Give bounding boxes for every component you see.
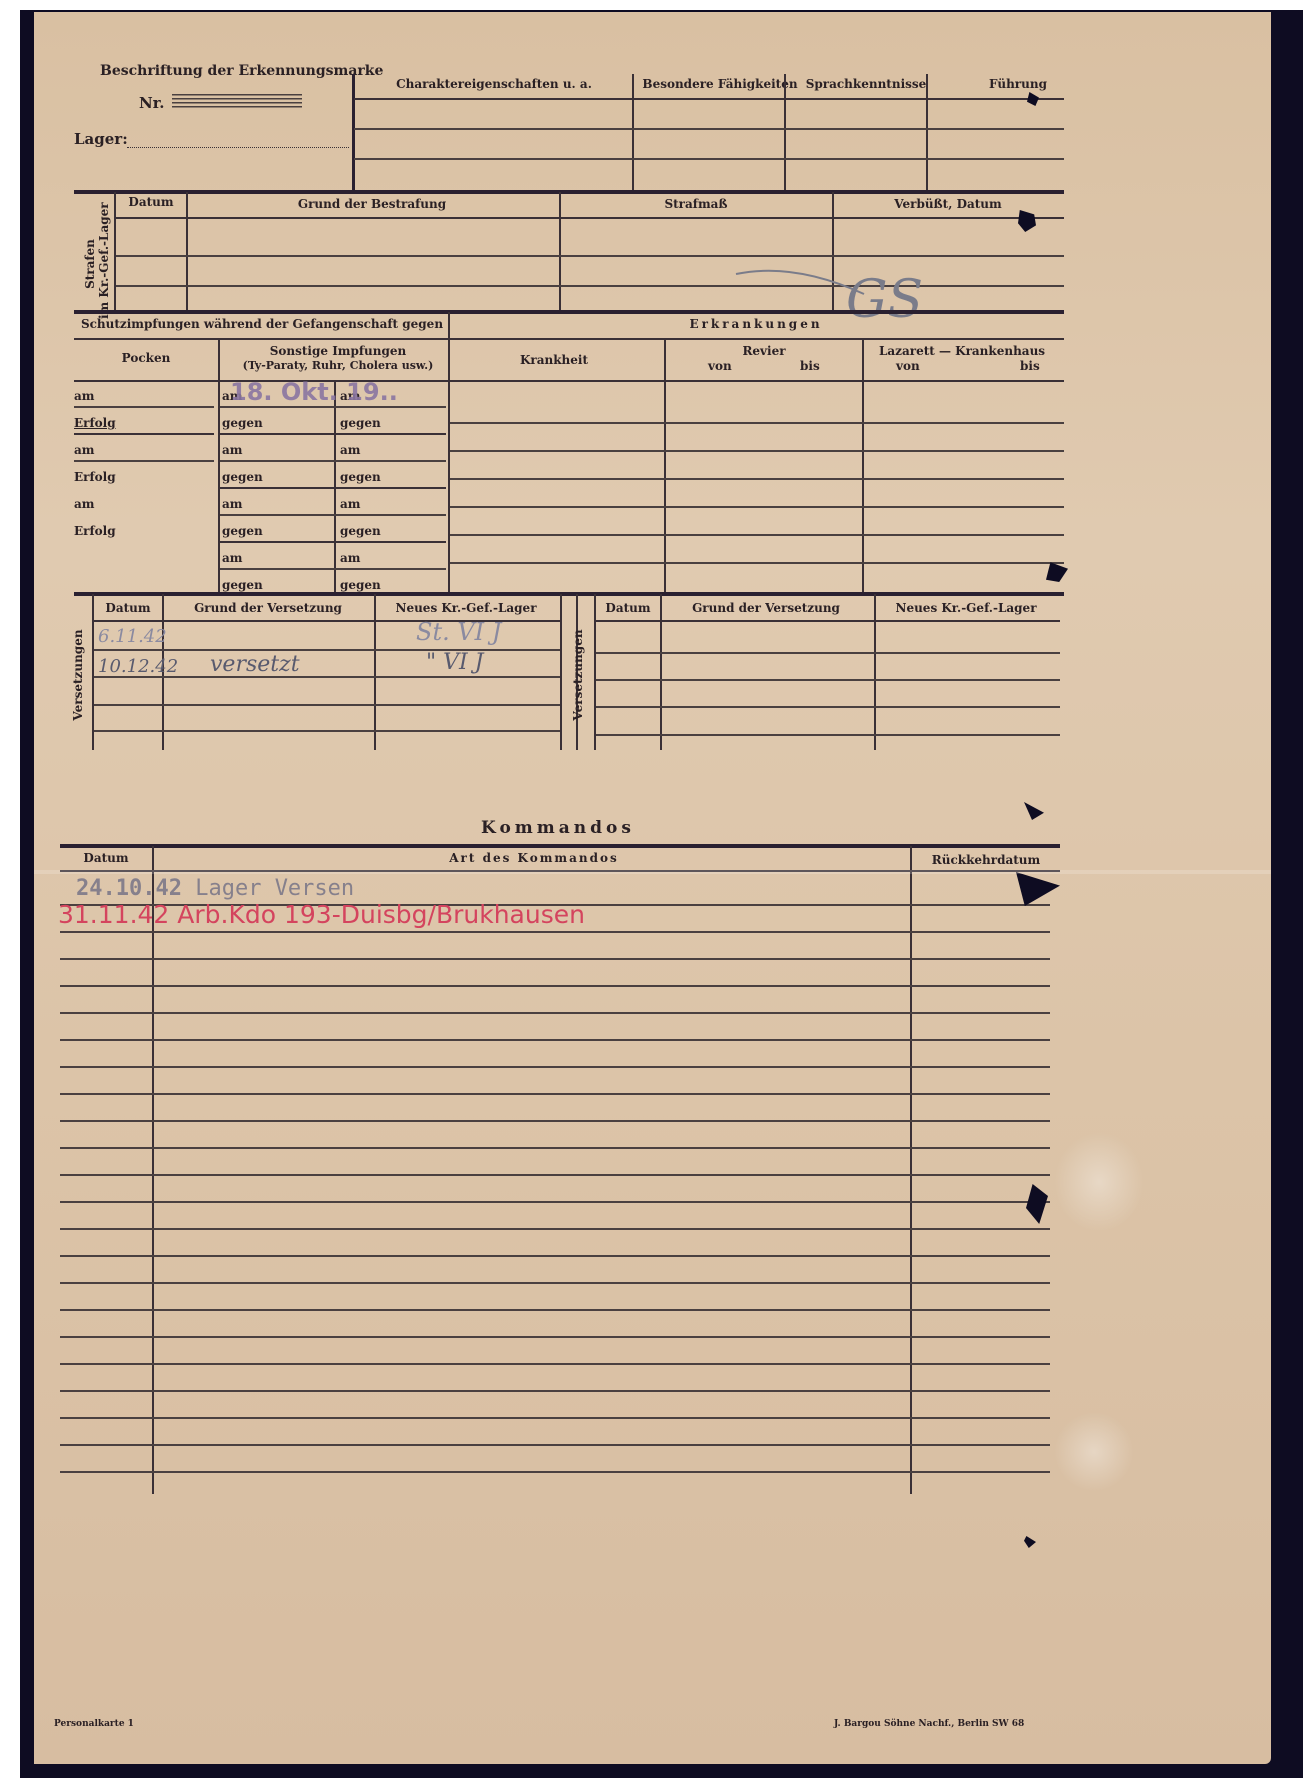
kommandos-header-date: Datum xyxy=(83,852,128,864)
divider xyxy=(910,846,912,1494)
revier-von: von xyxy=(708,360,732,372)
rule xyxy=(60,1363,1050,1365)
illness-header-revier: Revier xyxy=(742,345,785,357)
rule xyxy=(450,450,1064,452)
tear-hole xyxy=(1026,1184,1048,1224)
punishments-side-label-1: Strafen xyxy=(83,209,97,319)
punishments-header-sentence: Strafmaß xyxy=(664,198,727,210)
rule xyxy=(60,870,1060,872)
pencil-stroke xyxy=(734,264,874,304)
other-vacc-row: gegen xyxy=(222,471,263,483)
rule xyxy=(220,433,446,435)
kommando-entry-2-date: 31.11.42 xyxy=(58,900,169,929)
rule xyxy=(74,310,1064,314)
rule xyxy=(60,1201,1050,1203)
rule xyxy=(74,406,214,408)
transfers-side-label-left: Versetzungen xyxy=(71,625,85,725)
rule xyxy=(60,1471,1050,1473)
divider xyxy=(926,74,928,190)
divider xyxy=(594,594,596,750)
rule xyxy=(596,620,1060,622)
revier-bis: bis xyxy=(800,360,820,372)
pocken-row: Erfolg xyxy=(74,417,116,429)
rule xyxy=(60,1147,1050,1149)
rule xyxy=(60,1444,1050,1446)
other-vacc-row: am xyxy=(222,552,242,564)
divider xyxy=(352,74,355,190)
transfer-right-header-camp: Neues Kr.-Gef.-Lager xyxy=(895,602,1036,614)
rule xyxy=(220,487,446,489)
punishments-header-reason: Grund der Bestrafung xyxy=(298,198,446,210)
other-vacc-row: gegen xyxy=(222,579,263,591)
identity-heading: Beschriftung der Erkennungsmarke xyxy=(100,64,383,78)
transfer-right-header-reason: Grund der Versetzung xyxy=(692,602,840,614)
kommandos-header-type: Art des Kommandos xyxy=(449,852,619,864)
rule xyxy=(60,1255,1050,1257)
rule xyxy=(60,1390,1050,1392)
divider xyxy=(874,594,876,750)
transfer-header-date: Datum xyxy=(105,602,150,614)
rule xyxy=(450,506,1064,508)
other-vacc-row: gegen xyxy=(340,417,381,429)
rule xyxy=(60,1012,1050,1014)
paper-curl xyxy=(1054,1132,1144,1232)
rule xyxy=(60,1120,1050,1122)
rule xyxy=(74,338,1064,340)
divider xyxy=(559,192,561,310)
tear-hole xyxy=(1027,92,1039,106)
other-vacc-row: gegen xyxy=(340,579,381,591)
divider xyxy=(664,340,666,594)
rule xyxy=(60,1093,1050,1095)
transfer-right-header-date: Datum xyxy=(605,602,650,614)
rule xyxy=(220,406,446,408)
rule xyxy=(220,514,446,516)
traits-header-conduct: Führung xyxy=(989,78,1047,90)
vaccinations-heading: Schutzimpfungen während der Gefangenscha… xyxy=(81,318,443,330)
form-number: Personalkarte 1 xyxy=(54,1720,134,1729)
rule xyxy=(60,1336,1050,1338)
divider xyxy=(862,340,864,594)
rule xyxy=(60,1309,1050,1311)
rule xyxy=(60,1066,1050,1068)
rule xyxy=(60,1039,1050,1041)
rule xyxy=(74,433,214,435)
illness-header-lazarett: Lazarett — Krankenhaus xyxy=(879,345,1045,357)
illness-header-krankheit: Krankheit xyxy=(520,354,588,366)
rule xyxy=(94,730,560,732)
pocken-row: am xyxy=(74,444,94,456)
rule xyxy=(450,562,1064,564)
other-vacc-header-1: Sonstige Impfungen xyxy=(270,345,407,357)
transfer-row-1-date: 6.11.42 xyxy=(98,626,167,647)
pocken-row: am xyxy=(74,390,94,402)
nr-label: Nr. xyxy=(139,96,164,111)
divider xyxy=(660,594,662,750)
lazarett-bis: bis xyxy=(1020,360,1040,372)
rule xyxy=(74,460,214,462)
transfer-row-2-camp: " VI J xyxy=(426,650,484,675)
tear-hole xyxy=(1024,802,1044,820)
other-vacc-row: gegen xyxy=(222,417,263,429)
rule xyxy=(60,1228,1050,1230)
rule xyxy=(220,460,446,462)
transfer-row-2-reason: versetzt xyxy=(210,652,300,677)
divider xyxy=(152,846,154,1494)
kommandos-header-return: Rückkehrdatum xyxy=(932,854,1040,866)
kommando-entry-2-type: Arb.Kdo 193-Duisbg/Brukhausen xyxy=(177,900,585,929)
divider xyxy=(632,74,634,190)
other-vacc-row: am xyxy=(340,552,360,564)
kommando-entry-2: 31.11.42 Arb.Kdo 193-Duisbg/Brukhausen xyxy=(58,900,585,929)
other-vacc-row: am xyxy=(222,498,242,510)
rule xyxy=(596,734,1060,736)
divider xyxy=(784,74,786,190)
other-vacc-row: gegen xyxy=(340,471,381,483)
divider xyxy=(92,594,94,750)
pocken-row: Erfolg xyxy=(74,525,116,537)
divider xyxy=(560,594,562,750)
rule xyxy=(60,1282,1050,1284)
rule xyxy=(74,592,1064,596)
other-vacc-row: gegen xyxy=(340,525,381,537)
rule xyxy=(450,534,1064,536)
traits-header-character: Charaktereigenschaften u. a. xyxy=(396,78,592,90)
vaccination-date-stamp: 18. Okt. 19.. xyxy=(230,378,398,406)
rule xyxy=(60,985,1050,987)
rule xyxy=(596,706,1060,708)
rule xyxy=(60,931,1050,933)
punishments-side-label: Strafen im Kr.-Gef.-Lager xyxy=(83,209,111,319)
rule xyxy=(74,190,1064,194)
transfer-row-2-date: 10.12.42 xyxy=(98,656,178,677)
rule xyxy=(354,128,1064,130)
transfers-side-label-right: Versetzungen xyxy=(571,625,585,725)
divider xyxy=(448,312,450,594)
other-vacc-row: am xyxy=(340,444,360,456)
other-vacc-row: am xyxy=(340,498,360,510)
pocken-header: Pocken xyxy=(122,352,171,364)
rule xyxy=(596,652,1060,654)
transfer-header-camp: Neues Kr.-Gef.-Lager xyxy=(395,602,536,614)
lager-label: Lager: xyxy=(74,132,128,147)
lager-field-line xyxy=(127,147,349,148)
tear-hole xyxy=(1016,872,1060,906)
rule xyxy=(354,98,1064,100)
other-vacc-header-2: (Ty-Paraty, Ruhr, Cholera usw.) xyxy=(243,360,434,371)
transfer-header-reason: Grund der Versetzung xyxy=(194,602,342,614)
rule xyxy=(94,649,560,651)
illnesses-heading: Erkrankungen xyxy=(689,318,822,330)
divider xyxy=(186,192,188,310)
tear-hole xyxy=(1024,1536,1036,1548)
paper-curl xyxy=(1054,1412,1134,1492)
divider xyxy=(218,340,220,594)
nr-redacted-value xyxy=(172,94,302,110)
rule xyxy=(116,255,1064,257)
rule xyxy=(60,1174,1050,1176)
rule xyxy=(450,422,1064,424)
pocken-row: am xyxy=(74,498,94,510)
divider xyxy=(374,594,376,750)
punishments-header-served: Verbüßt, Datum xyxy=(894,198,1001,210)
punishments-header-date: Datum xyxy=(128,196,173,208)
rule xyxy=(354,158,1064,160)
rule xyxy=(60,958,1050,960)
traits-header-abilities: Besondere Fähigkeiten xyxy=(642,78,797,90)
traits-header-languages: Sprachkenntnisse xyxy=(806,78,927,90)
other-vacc-row: gegen xyxy=(222,525,263,537)
rule xyxy=(220,541,446,543)
rule xyxy=(596,679,1060,681)
rule xyxy=(450,478,1064,480)
divider xyxy=(114,192,116,310)
rule xyxy=(60,1417,1050,1419)
kommando-entry-1-type: Lager Versen xyxy=(195,876,354,901)
rule xyxy=(116,217,1064,219)
tear-hole xyxy=(1018,210,1036,232)
transfer-row-1-camp: St. VI J xyxy=(416,618,501,646)
kommando-entry-1: 24.10.42 Lager Versen xyxy=(76,876,354,901)
personnel-card: Beschriftung der Erkennungsmarke Nr. Lag… xyxy=(34,12,1271,1764)
rule xyxy=(74,380,1064,382)
punishments-side-label-2: im Kr.-Gef.-Lager xyxy=(97,209,111,319)
rule xyxy=(94,704,560,706)
other-vacc-row: am xyxy=(222,444,242,456)
kommandos-title: Kommandos xyxy=(481,820,635,837)
kommando-entry-1-date: 24.10.42 xyxy=(76,876,182,901)
rule xyxy=(220,568,446,570)
pocken-row: Erfolg xyxy=(74,471,116,483)
lazarett-von: von xyxy=(896,360,920,372)
printer-imprint: J. Bargou Söhne Nachf., Berlin SW 68 xyxy=(834,1720,1024,1729)
